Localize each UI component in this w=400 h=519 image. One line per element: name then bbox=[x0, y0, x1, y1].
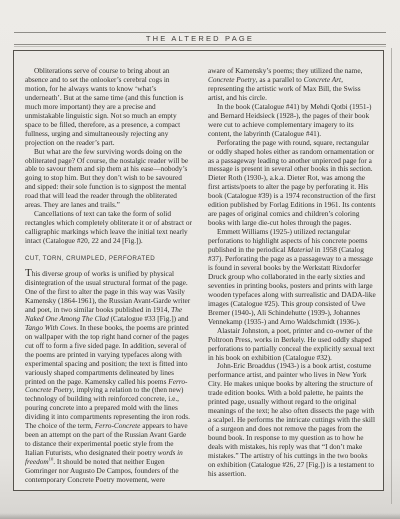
two-column-layout: Obliterations serve of course to bring a… bbox=[14, 51, 383, 485]
paragraph: Obliterations serve of course to bring a… bbox=[25, 67, 193, 148]
paragraph: In the book (Catalogue #41) by Mehdi Qot… bbox=[208, 103, 376, 139]
paragraph: Perforating the page with round, square,… bbox=[208, 139, 376, 229]
header-rule-bottom bbox=[14, 44, 386, 47]
page-title: THE ALTERED PAGE bbox=[0, 34, 400, 43]
paragraph: Emmett Williams (1925-) utilized rectang… bbox=[208, 228, 376, 326]
page-edge-shadow-right bbox=[391, 48, 392, 504]
paragraph: Cancellations of text can take the form … bbox=[25, 210, 193, 246]
framed-text-box: Obliterations serve of course to bring a… bbox=[13, 50, 384, 491]
paragraph: John-Eric Broaddus (1943-) is a book art… bbox=[208, 362, 376, 478]
header-rule-top bbox=[14, 32, 386, 33]
right-text-column: aware of Kamensky’s poems; they utilized… bbox=[208, 67, 376, 485]
paragraph: This diverse group of works is unified b… bbox=[25, 269, 193, 485]
scanned-book-page: THE ALTERED PAGE Obliterations serve of … bbox=[0, 0, 400, 519]
section-heading: CUT, TORN, CRUMPLED, PERFORATED bbox=[25, 255, 193, 262]
left-text-column: Obliterations serve of course to bring a… bbox=[25, 67, 193, 485]
paragraph: Alastair Johnston, a poet, printer and c… bbox=[208, 327, 376, 363]
page-edge-shadow-bottom bbox=[0, 513, 400, 519]
paragraph: aware of Kamensky’s poems; they utilized… bbox=[208, 67, 376, 103]
paragraph: But what are the few surviving words doi… bbox=[25, 148, 193, 211]
